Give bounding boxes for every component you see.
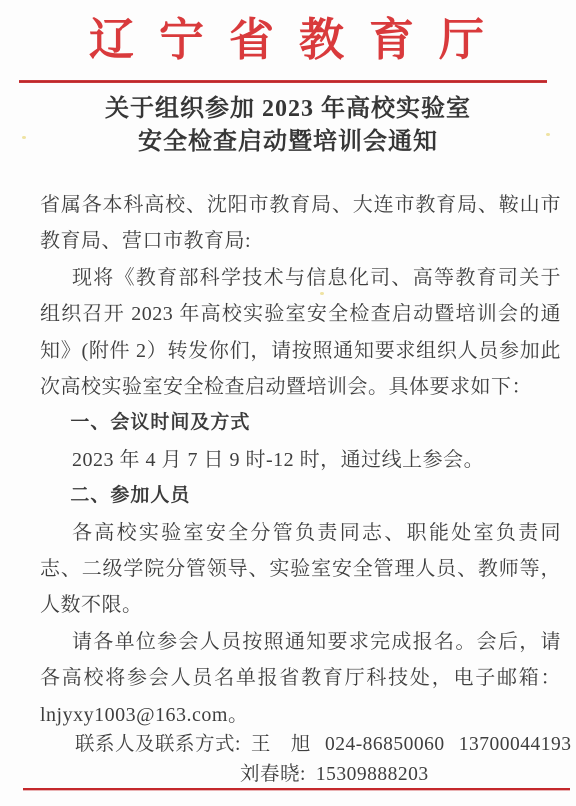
contact-secondary-phone: 15309888203 (316, 764, 429, 785)
contact-line-primary: 联系人及联系方式:王 旭024-8685006013700044193 (40, 730, 561, 760)
scan-artifact (22, 136, 26, 139)
document-page: 辽宁省教育厅 关于组织参加 2023 年高校实验室 安全检查启动暨培训会通知 省… (0, 0, 576, 806)
registration-paragraph: 请各单位参会人员按照通知要求完成报名。会后，请各高校将参会人员名单报省教育厅科技… (40, 624, 561, 733)
document-title-line1: 关于组织参加 2023 年高校实验室 (0, 93, 576, 126)
letterhead: 辽宁省教育厅 (0, 8, 576, 83)
contact-secondary-name: 刘春晓: (240, 764, 306, 785)
section1-content: 2023 年 4 月 7 日 9 时-12 时，通过线上参会。 (40, 442, 561, 478)
document-title-line2: 安全检查启动暨培训会通知 (0, 126, 576, 159)
contact-block: 联系人及联系方式:王 旭024-8685006013700044193 刘春晓:… (40, 730, 561, 790)
recipients-line: 省属各本科高校、沈阳市教育局、大连市教育局、鞍山市教育局、营口市教育局: (40, 187, 561, 260)
scan-artifact (320, 292, 324, 295)
footer-rule (23, 788, 570, 790)
section2-content: 各高校实验室安全分管负责同志、职能处室负责同志、二级学院分管领导、实验室安全管理… (40, 515, 561, 624)
contact-primary-mobile-phone: 13700044193 (459, 734, 572, 755)
contact-primary-office-phone: 024-86850060 (325, 734, 445, 755)
intro-paragraph: 现将《教育部科学技术与信息化司、高等教育司关于组织召开 2023 年高校实验室安… (40, 260, 561, 406)
contact-label: 联系人及联系方式: (75, 734, 241, 755)
contact-line-secondary: 刘春晓:15309888203 (40, 760, 561, 790)
document-body: 省属各本科高校、沈阳市教育局、大连市教育局、鞍山市教育局、营口市教育局: 现将《… (40, 187, 561, 733)
section1-heading: 一、会议时间及方式 (40, 405, 561, 441)
letterhead-rule (19, 80, 547, 83)
agency-name: 辽宁省教育厅 (0, 8, 576, 72)
scan-artifact (546, 133, 550, 136)
contact-primary-name: 王 旭 (251, 734, 311, 755)
section2-heading: 二、参加人员 (40, 478, 561, 514)
document-title: 关于组织参加 2023 年高校实验室 安全检查启动暨培训会通知 (0, 93, 576, 159)
